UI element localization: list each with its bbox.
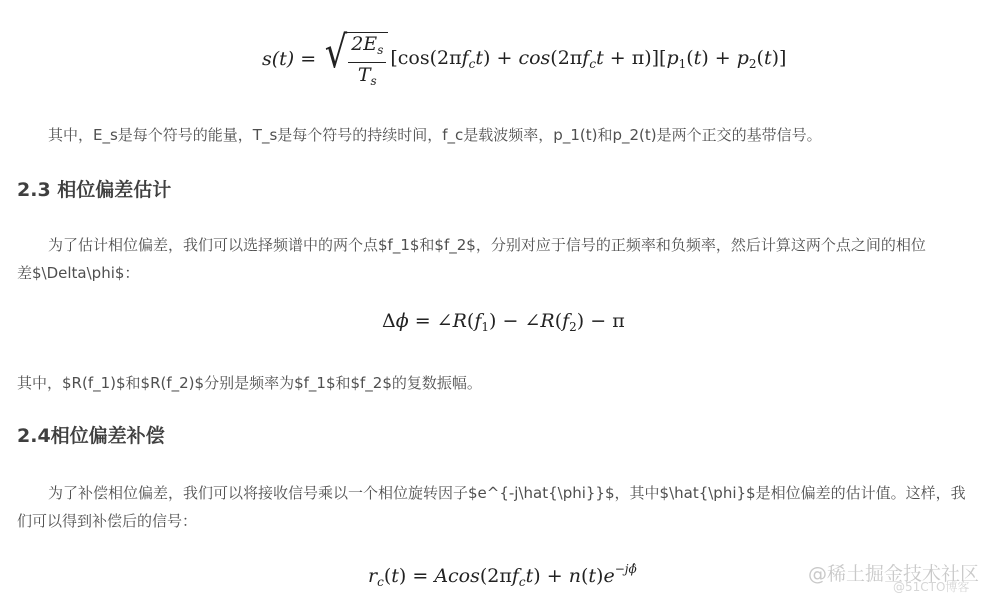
paragraph-compensation-line1: 为了补偿相位偏差，我们可以将接收信号乘以一个相位旋转因子$e^{-j\hat{\…	[48, 479, 966, 507]
paragraph-estimation-line1: 为了估计相位偏差，我们可以选择频谱中的两个点$f_1$和$f_2$，分别对应于信…	[48, 231, 926, 259]
frac-numerator: 2Es	[348, 33, 386, 63]
paragraph-complex-amplitude: 其中，$R(f_1)$和$R(f_2)$分别是频率为$f_1$和$f_2$的复数…	[17, 369, 482, 397]
heading-phase-offset-compensation: 2.4相位偏差补偿	[17, 421, 165, 448]
paragraph-compensation-line2: 们可以得到补偿后的信号：	[17, 507, 197, 535]
equation-compensated-signal: rc(t) = Acos(2πfct) + n(t)e−jϕ̂	[368, 562, 637, 589]
eq1-rhs: [cos(2πfctt) + cos(2π) + cos(2πfct + π)]…	[390, 47, 786, 71]
sqrt-sign: √	[325, 26, 347, 92]
paragraph-symbol-definitions: 其中，E_s是每个符号的能量，T_s是每个符号的持续时间，f_c是载波频率，p_…	[48, 121, 822, 149]
fraction: 2Es Ts	[348, 33, 386, 92]
heading-phase-offset-estimation: 2.3 相位偏差估计	[17, 175, 171, 202]
paragraph-estimation-line2: 差$\Delta\phi$：	[17, 259, 139, 287]
frac-denominator: Ts	[348, 63, 386, 92]
sqrt: √ 2Es Ts	[322, 26, 388, 92]
equation-signal: s(t) = √ 2Es Ts [cos(2πfctt) + cos(2π) +…	[262, 28, 786, 90]
equation-phase-difference: Δϕ = ∠R(f1) − ∠R(f2) − π	[382, 310, 625, 334]
watermark-51cto: @51CTO博客	[893, 578, 969, 595]
eq1-lhs: s(t) =	[262, 48, 316, 70]
sqrt-body: 2Es Ts	[346, 32, 388, 92]
